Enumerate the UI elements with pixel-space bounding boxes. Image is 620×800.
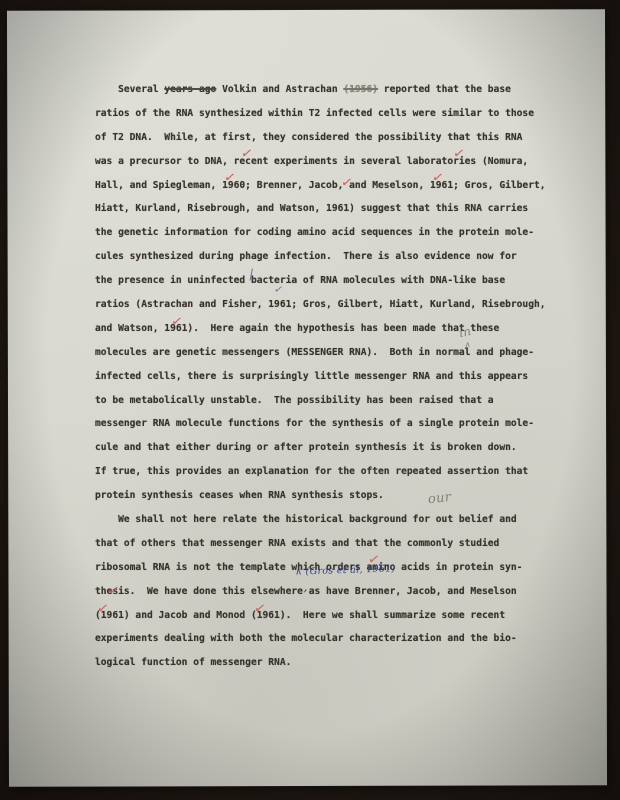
typewritten-line: thesis. We have done this elsewhere as h…	[95, 580, 546, 604]
typed-text: ribosomal RNA is not the template which …	[95, 562, 522, 573]
typewritten-line: experiments dealing with both the molecu…	[95, 627, 546, 651]
typewritten-line: ratios of the RNA synthesized within T2 …	[95, 102, 546, 126]
typewritten-line: molecules are genetic messengers (MESSEN…	[95, 341, 546, 365]
typed-text: infected cells, there is surprisingly li…	[95, 371, 528, 382]
typewritten-line: cule and that either during or after pro…	[95, 436, 546, 460]
typed-text: protein synthesis ceases when RNA synthe…	[95, 490, 384, 501]
typed-text: Volkin and Astrachan	[216, 84, 343, 95]
typed-text: of T2 DNA. While, at first, they conside…	[95, 132, 522, 143]
typewritten-line: ratios (Astrachan and Fisher, 1961; Gros…	[95, 293, 546, 317]
typed-text: cules synthesized during phage infection…	[95, 251, 517, 262]
typewritten-line: to be metabolically unstable. The possib…	[95, 389, 546, 413]
typed-text: experiments dealing with both the molecu…	[95, 633, 517, 644]
typed-text: Hiatt, Kurland, Risebrough, and Watson, …	[95, 203, 528, 214]
typed-text: that of others that messenger RNA exists…	[95, 538, 499, 549]
typewritten-line: (1961) and Jacob and Monod (1961). Here …	[95, 604, 546, 628]
typewritten-line: infected cells, there is surprisingly li…	[95, 365, 546, 389]
typed-text: was a precursor to DNA, recent experimen…	[95, 156, 528, 167]
typewritten-line: the genetic information for coding amino…	[95, 221, 546, 245]
typewritten-line: and Watson, 1961). Here again the hypoth…	[95, 317, 546, 341]
typewritten-line: cules synthesized during phage infection…	[95, 245, 546, 269]
struck-text: years ago	[164, 84, 216, 95]
typed-text: thesis. We have done this elsewhere as h…	[95, 586, 517, 597]
typewritten-line: of T2 DNA. While, at first, they conside…	[95, 126, 546, 150]
typed-text: to be metabolically unstable. The possib…	[95, 395, 494, 406]
typewritten-line: Hiatt, Kurland, Risebrough, and Watson, …	[95, 197, 546, 221]
typewritten-line: was a precursor to DNA, recent experimen…	[95, 150, 546, 174]
typewritten-line: Hall, and Spiegleman, 1960; Brenner, Jac…	[95, 174, 546, 198]
typewritten-line: ribosomal RNA is not the template which …	[95, 556, 546, 580]
typed-text: ratios of the RNA synthesized within T2 …	[95, 108, 534, 119]
typed-text: (1961) and Jacob and Monod (1961). Here …	[95, 610, 505, 621]
typewritten-line: protein synthesis ceases when RNA synthe…	[95, 484, 546, 508]
typed-text: reported that the base	[378, 84, 511, 95]
struck-text: (1956)	[343, 84, 378, 95]
typed-text: We shall not here relate the historical …	[95, 514, 517, 525]
typewritten-line: that of others that messenger RNA exists…	[95, 532, 546, 556]
typewritten-line: logical function of messenger RNA.	[95, 651, 546, 675]
typed-text: the genetic information for coding amino…	[95, 227, 534, 238]
typewritten-line: Several years ago Volkin and Astrachan (…	[95, 78, 546, 102]
typewritten-line: We shall not here relate the historical …	[95, 508, 546, 532]
typed-text: Hall, and Spiegleman, 1960; Brenner, Jac…	[95, 180, 546, 191]
typed-text: molecules are genetic messengers (MESSEN…	[95, 347, 534, 358]
typed-text: cule and that either during or after pro…	[95, 442, 517, 453]
typed-text: the presence in uninfected bacteria of R…	[95, 275, 505, 286]
typed-text: ratios (Astrachan and Fisher, 1961; Gros…	[95, 299, 546, 310]
typed-text: logical function of messenger RNA.	[95, 657, 291, 668]
typewritten-line: If true, this provides an explanation fo…	[95, 460, 546, 484]
typewritten-line: the presence in uninfected bacteria of R…	[95, 269, 546, 293]
typewritten-line: messenger RNA molecule functions for the…	[95, 412, 546, 436]
typewritten-text-block: Several years ago Volkin and Astrachan (…	[95, 78, 546, 675]
typed-text: and Watson, 1961). Here again the hypoth…	[95, 323, 499, 334]
typed-text: If true, this provides an explanation fo…	[95, 466, 528, 477]
typed-text: Several	[95, 84, 164, 95]
typed-text: messenger RNA molecule functions for the…	[95, 418, 534, 429]
